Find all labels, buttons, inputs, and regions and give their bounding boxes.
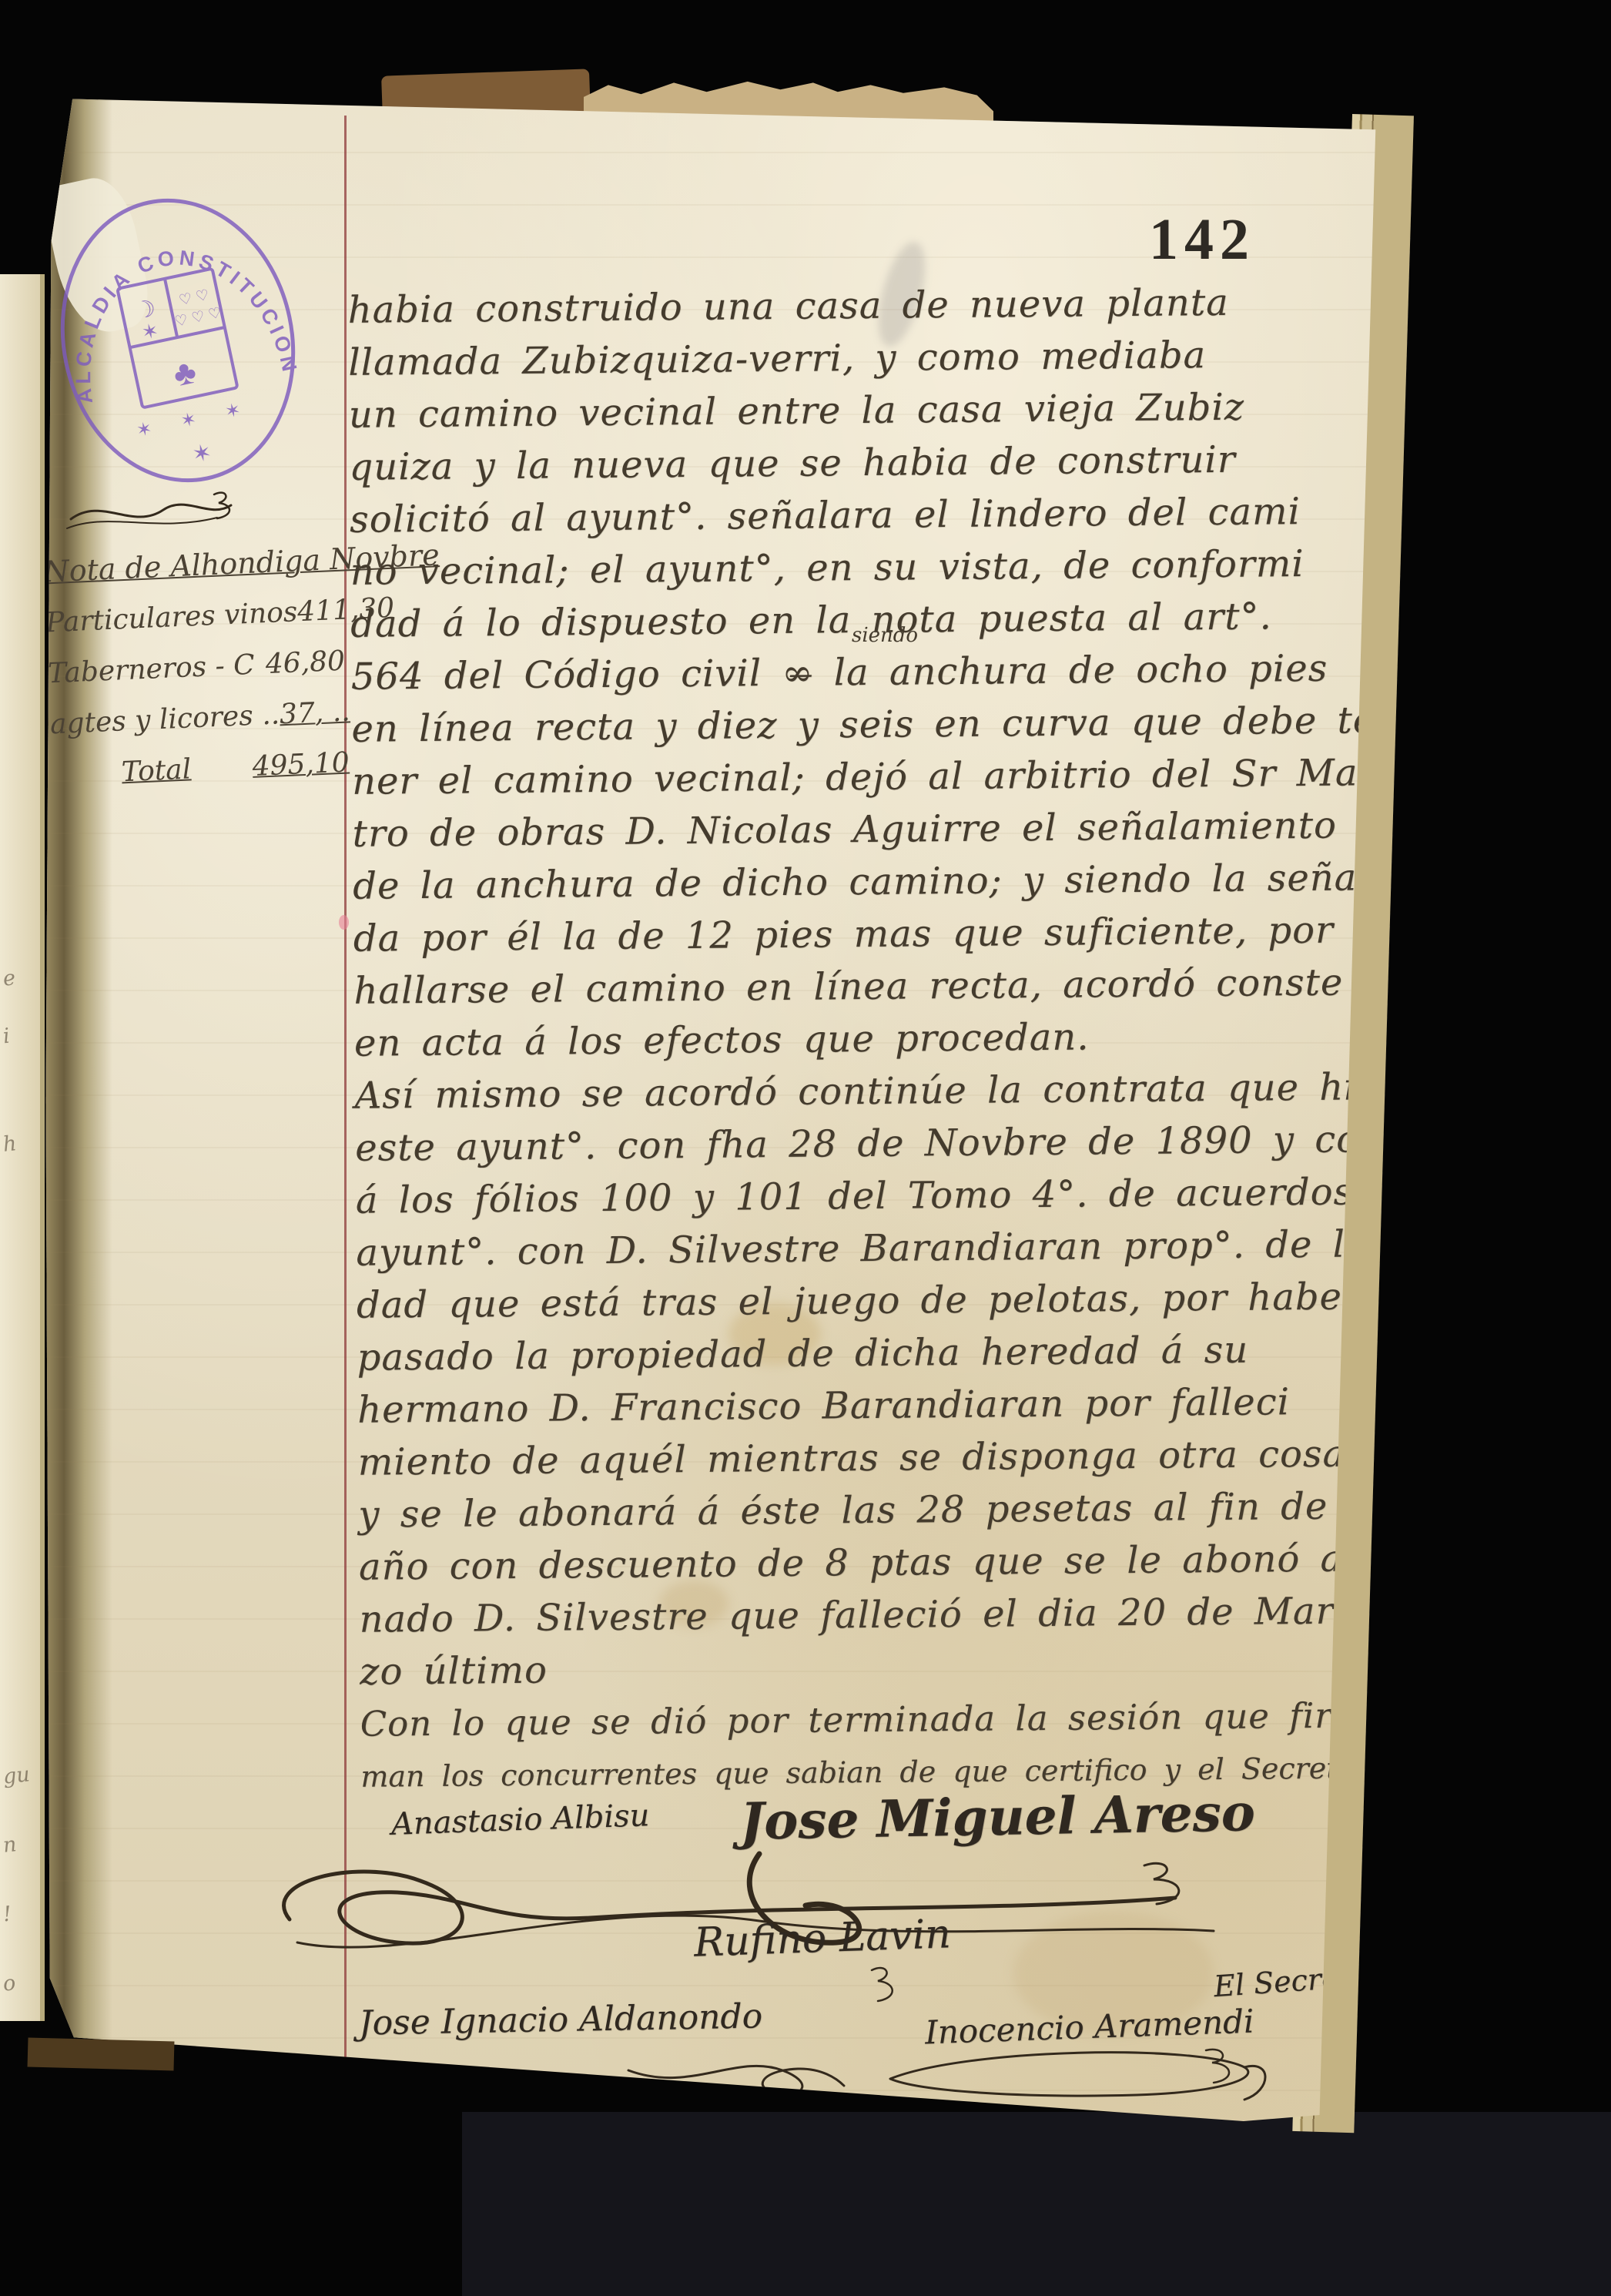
ink-smudge-pink <box>339 915 349 930</box>
shield-hearts-icon: ♡ ♡ <box>178 287 211 310</box>
margin-row-label: Total <box>120 744 192 798</box>
margin-row-value: 495,10 <box>251 737 350 792</box>
manuscript-line: Con lo que se dió por terminada la sesió… <box>360 1689 1385 1751</box>
manuscript-line: ner el camino vecinal; dejó al arbitrio … <box>352 746 1377 808</box>
table-edge-sliver <box>28 2038 175 2071</box>
manuscript-line: llamada Zubizquiza-verri, y como mediaba <box>348 327 1373 389</box>
manuscript-line: nado D. Silvestre que falleció el dia 20… <box>359 1584 1384 1646</box>
manuscript-line: á los fólios 100 y 101 del Tomo 4°. de a… <box>356 1165 1381 1227</box>
manuscript-line: no vecinal; el ayunt°, en su vista, de c… <box>350 537 1375 598</box>
signature-mayor: Jose Miguel Areso <box>739 1782 1255 1852</box>
margin-row-value: 46,80 <box>264 636 346 690</box>
manuscript-line: miento de aquél mientras se disponga otr… <box>357 1427 1382 1489</box>
margin-row-label: agtes y licores .. <box>49 689 281 750</box>
margin-row-label: Taberneros - C <box>47 640 256 700</box>
page-number: 142 <box>1149 206 1255 273</box>
manuscript-line: un camino vecinal entre la casa vieja Zu… <box>349 380 1374 441</box>
municipal-stamp: ALCALDIA CONSTITUCIONAL DE LAZCANO ☽ ✶ ♡… <box>59 194 297 487</box>
manuscript-line: en acta á los efectos que procedan. <box>354 1008 1379 1070</box>
manuscript-page: 142 ALCALDIA CONSTITUCIONAL DE LAZCANO ☽… <box>43 79 1377 2121</box>
signature-witness: Jose Ignacio Aldanondo <box>359 1996 763 2043</box>
manuscript-line: dad que está tras el juego de pelotas, p… <box>357 1270 1382 1332</box>
manuscript-line: Así mismo se acordó continúe la contrata… <box>354 1061 1379 1122</box>
stamp-shield: ☽ ✶ ♡ ♡ ♡ ♡ ♡ ♣ <box>117 269 237 408</box>
manuscript-line: habia construido una casa de nueva plant… <box>347 275 1372 337</box>
manuscript-line: este ayunt°. con fha 28 de Novbre de 189… <box>355 1113 1380 1175</box>
margin-note: Nota de Alhondiga Novbre Particulares vi… <box>42 533 350 802</box>
manuscript-line: hermano D. Francisco Barandiaran por fal… <box>357 1375 1382 1436</box>
stamp-stars-row: ✶ ✶ ✶ <box>135 397 255 441</box>
manuscript-line: en línea recta y diez y seis en curva qu… <box>351 694 1376 756</box>
shield-star-icon: ✶ <box>139 318 161 344</box>
interline-correction: siendo <box>852 624 918 647</box>
manuscript-line: tro de obras D. Nicolas Aguirre el señal… <box>352 799 1377 860</box>
manuscript-line: de la anchura de dicho camino; y siendo … <box>353 851 1378 913</box>
bleedthrough-fragment: i <box>2 1024 11 1049</box>
book-photo: e i h gu n ! o 142 ALCALDIA CONSTITUCION… <box>0 0 1611 2296</box>
manuscript-line: pasado la propiedad de dicha heredad á s… <box>357 1322 1382 1384</box>
manuscript-line: hallarse el camino en línea recta, acord… <box>353 956 1378 1017</box>
manuscript-line: solicitó al ayunt°. señalara el lindero … <box>350 484 1375 546</box>
manuscript-line: y se le abonará á éste las 28 pesetas al… <box>358 1480 1383 1541</box>
bleedthrough-fragment: gu <box>2 1762 31 1788</box>
manuscript-line: año con descuento de 8 ptas que se le ab… <box>359 1532 1384 1594</box>
signature-witness: Rufino Lavin <box>693 1911 952 1966</box>
signature-rubric <box>875 2044 1275 2109</box>
manuscript-line: quiza y la nueva que se habia de constru… <box>349 432 1374 494</box>
margin-rule-line <box>344 116 347 2114</box>
photo-background-shade <box>462 2112 1611 2296</box>
signature-rubric <box>621 2047 852 2101</box>
previous-page-sliver: e i h gu n ! o <box>0 274 45 2021</box>
signature-rubric <box>867 1964 898 2003</box>
bleedthrough-fragment: e <box>2 966 16 991</box>
margin-row-value: 37, .. <box>279 686 351 740</box>
bleedthrough-fragment: n <box>2 1832 18 1858</box>
shield-tree-icon: ♣ <box>170 353 199 394</box>
manuscript-body: habia construido una casa de nueva plant… <box>347 275 1385 1803</box>
bleedthrough-fragment: ! <box>2 1902 12 1927</box>
bleedthrough-fragment: h <box>2 1131 18 1157</box>
ink-flourish <box>63 488 240 542</box>
manuscript-line: da por él la de 12 pies mas que suficien… <box>353 903 1378 965</box>
bleedthrough-fragment: o <box>2 1971 16 1996</box>
manuscript-line: zo último <box>360 1637 1385 1698</box>
manuscript-line: 564 del Código civil ∞̶ la anchura de oc… <box>351 642 1376 703</box>
stamp-bottom-star: ✶ <box>190 439 214 468</box>
manuscript-line: ayunt°. con D. Silvestre Barandiaran pro… <box>356 1218 1381 1279</box>
